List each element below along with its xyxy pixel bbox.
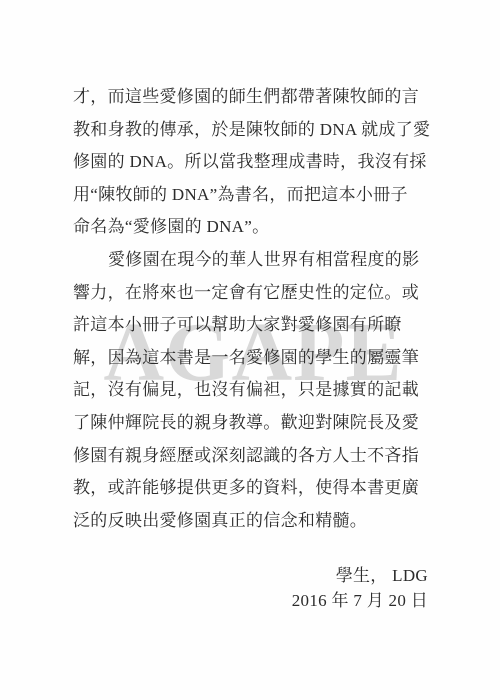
document-page: AGAPE 才，而這些愛修園的師生們都帶著陳牧師的言 教和身教的傳承，於是陳牧師… [0,0,500,700]
text-line: 教，或許能够提供更多的資料，使得本書更廣 [73,472,430,505]
body-text-block: 才，而這些愛修園的師生們都帶著陳牧師的言 教和身教的傳承，於是陳牧師的 DNA … [73,81,430,537]
text-line: 用“陳牧師的 DNA”為書名，而把這本小冊子 [73,179,430,212]
text-line: 了陳仲輝院長的親身教導。歡迎對陳院長及愛 [73,407,430,440]
text-line: 解，因為這本書是一名愛修園的學生的屬靈筆 [73,342,430,375]
text-line: 泛的反映出愛修園真正的信念和精髓。 [73,505,430,538]
text-line: 記，沒有偏見，也沒有偏袒，只是據實的記載 [73,374,430,407]
text-line: 許這本小冊子可以幫助大家對愛修園有所瞭 [73,309,430,342]
date-line: 2016 年 7 月 20 日 [73,588,428,613]
signature-block: 學生， LDG 2016 年 7 月 20 日 [73,563,428,613]
text-line: 教和身教的傳承，於是陳牧師的 DNA 就成了愛 [73,114,430,147]
text-line: 命名為“愛修園的 DNA”。 [73,211,430,244]
text-line-paragraph-start: 愛修園在現今的華人世界有相當程度的影 [73,244,430,277]
text-line: 響力，在將來也一定會有它歷史性的定位。或 [73,277,430,310]
signature-line: 學生， LDG [73,563,428,588]
text-line: 修園有親身經歷或深刻認識的各方人士不吝指 [73,440,430,473]
text-line: 修園的 DNA。所以當我整理成書時，我沒有採 [73,146,430,179]
text-line: 才，而這些愛修園的師生們都帶著陳牧師的言 [73,81,430,114]
